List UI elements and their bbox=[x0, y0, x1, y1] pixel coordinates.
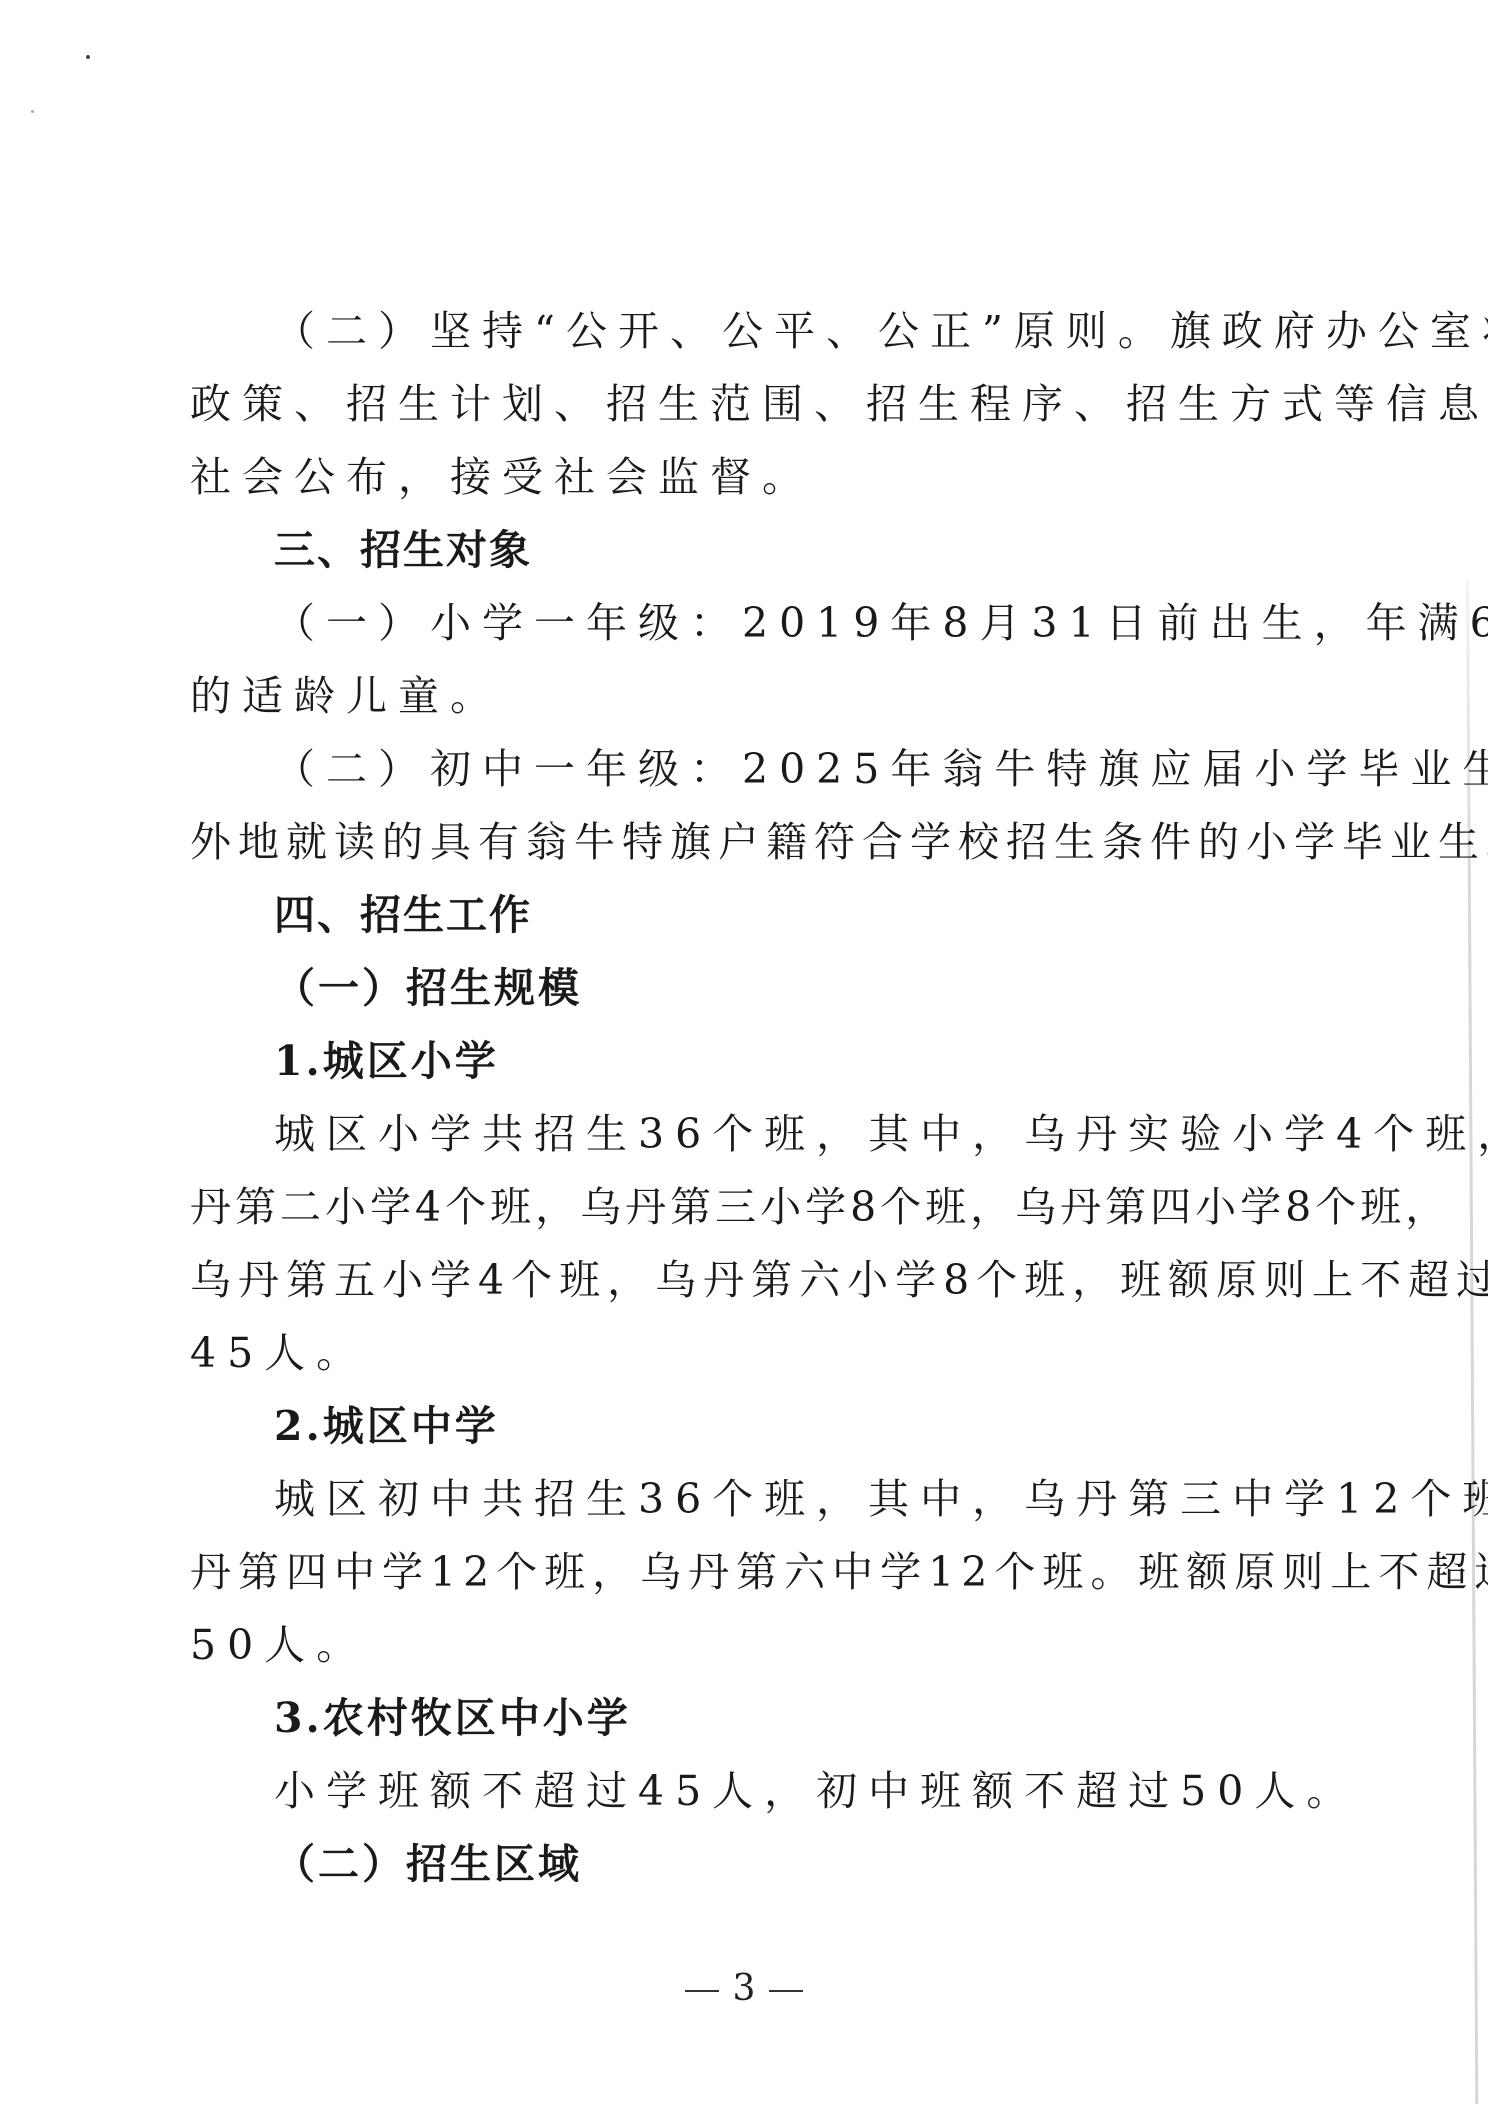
paragraph-urban-primary-line-3: 乌丹第五小学4个班，乌丹第六小学8个班，班额原则上不超过 bbox=[190, 1244, 1300, 1317]
paragraph-urban-middle-line-1: 城区初中共招生36个班，其中，乌丹第三中学12个班，乌 bbox=[190, 1463, 1300, 1536]
item-heading-rural: 3.农村牧区中小学 bbox=[190, 1682, 1300, 1755]
subsection-heading-scale: （一）招生规模 bbox=[190, 952, 1300, 1025]
scan-speck bbox=[86, 55, 90, 59]
section-heading-enrollment-work: 四、招生工作 bbox=[190, 879, 1300, 952]
paragraph-urban-primary-line-2: 丹第二小学4个班，乌丹第三小学8个班，乌丹第四小学8个班， bbox=[190, 1171, 1300, 1244]
paragraph-urban-middle-line-3: 50人。 bbox=[190, 1609, 1300, 1682]
paragraph-primary-line-1: （一）小学一年级：2019年8月31日前出生，年满6周岁 bbox=[190, 587, 1300, 660]
scan-speck bbox=[31, 110, 34, 113]
paragraph-primary-line-2: 的适龄儿童。 bbox=[190, 660, 1300, 733]
paragraph-urban-middle-line-2: 丹第四中学12个班，乌丹第六中学12个班。班额原则上不超过 bbox=[190, 1536, 1300, 1609]
item-heading-urban-primary: 1.城区小学 bbox=[190, 1025, 1300, 1098]
subsection-heading-area: （二）招生区域 bbox=[190, 1828, 1300, 1901]
paragraph-junior-line-1: （二）初中一年级：2025年翁牛特旗应届小学毕业生和在 bbox=[190, 733, 1300, 806]
paragraph-principle-line-1: （二）坚持“公开、公平、公正”原则。旗政府办公室将招生 bbox=[190, 295, 1300, 368]
page-number: 3 bbox=[733, 1968, 756, 2009]
document-page: （二）坚持“公开、公平、公正”原则。旗政府办公室将招生 政策、招生计划、招生范围… bbox=[0, 0, 1488, 2104]
paragraph-principle-line-2: 政策、招生计划、招生范围、招生程序、招生方式等信息及时向 bbox=[190, 368, 1300, 441]
page-footer: 3 bbox=[0, 1968, 1488, 2009]
footer-dash-left bbox=[685, 1990, 719, 1992]
footer-dash-right bbox=[769, 1990, 803, 1992]
paragraph-rural-line-1: 小学班额不超过45人，初中班额不超过50人。 bbox=[190, 1755, 1300, 1828]
section-heading-enrollment-targets: 三、招生对象 bbox=[190, 514, 1300, 587]
item-heading-urban-middle: 2.城区中学 bbox=[190, 1390, 1300, 1463]
scan-edge-line bbox=[1466, 580, 1478, 2104]
paragraph-principle-line-3: 社会公布，接受社会监督。 bbox=[190, 441, 1300, 514]
paragraph-urban-primary-line-4: 45人。 bbox=[190, 1317, 1300, 1390]
paragraph-urban-primary-line-1: 城区小学共招生36个班，其中，乌丹实验小学4个班，乌 bbox=[190, 1098, 1300, 1171]
paragraph-junior-line-2: 外地就读的具有翁牛特旗户籍符合学校招生条件的小学毕业生。 bbox=[190, 806, 1300, 879]
document-body: （二）坚持“公开、公平、公正”原则。旗政府办公室将招生 政策、招生计划、招生范围… bbox=[190, 295, 1300, 1901]
